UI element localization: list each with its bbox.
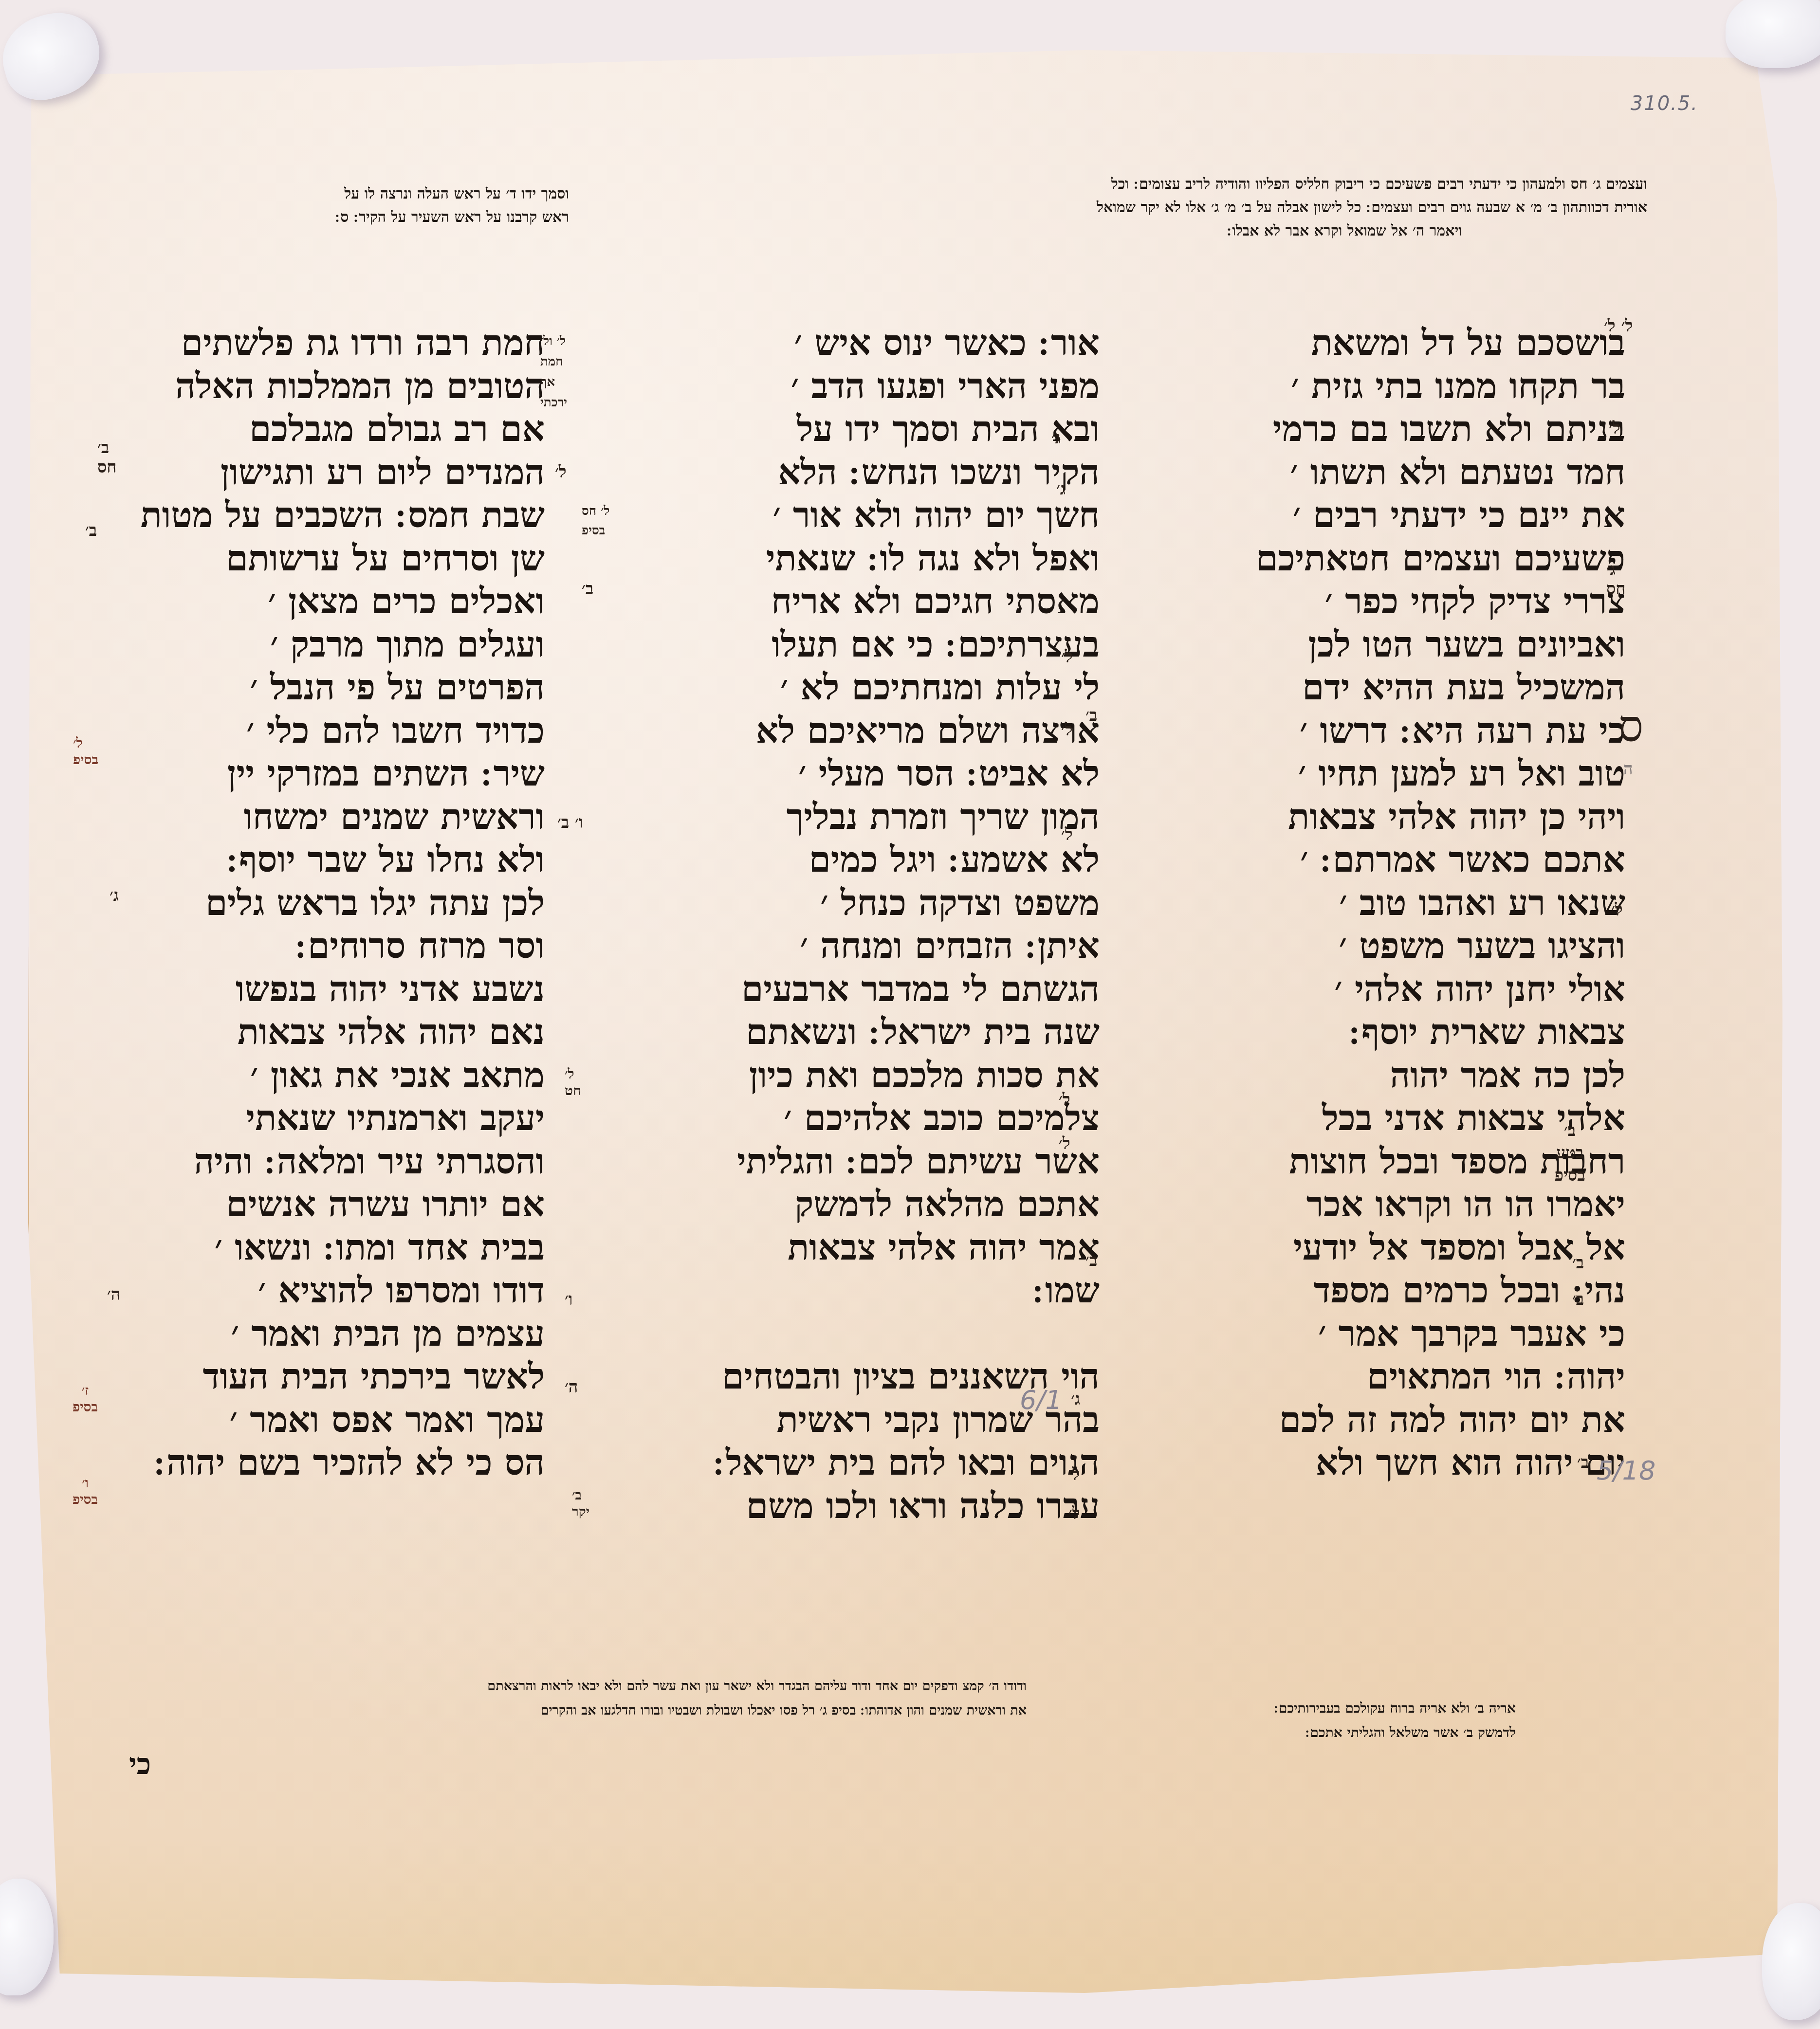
margin-note: ל׳ חט [565,1066,589,1099]
text-line: לאשר בירכתי הבית העוד [107,1355,545,1398]
text-line: יהוה ׃ הוי המתאוים [1119,1355,1625,1398]
masorah-line: ראש קרבנו על ראש השעיר על הקיר ׃ ס ׃ [335,206,569,229]
text-line: שיר ׃ השתים במזרקי יין [107,752,545,795]
text-line: וסר מרזח סרוחים ׃ [107,924,545,968]
text-line: אשר עשיתם לכם ׃ והגליתי [642,1140,1100,1183]
text-line: ויהי כן יהוה אלהי צבאות [1119,795,1625,839]
text-line: ובא הבית וסמך ידו על [642,407,1100,451]
margin-note: ל׳ ול׳ חמת אף ירכתי [540,331,570,413]
margin-note: ל׳ [1061,720,1073,740]
text-line: אתכם מהלאה לדמשק [642,1183,1100,1226]
margin-note: ל׳ [1059,1134,1070,1153]
margin-note: ב׳ יקר [572,1487,596,1520]
text-line: שבת חמס ׃ השכבים על מטות [107,494,545,537]
text-line: לכן כה אמר יהוה [1119,1054,1625,1097]
margin-note: ל׳ בסיפ [73,735,107,768]
masorah-line: לדמשק ב׳ אשר משלאל והגליתי אתכם ׃ [1274,1720,1516,1745]
text-line: אל אבל ומספד אל יודעי [1119,1226,1625,1269]
text-line: שמו ׃ [642,1269,1100,1312]
text-line: הקיר ונשכו הנחש ׃ הלא [642,451,1100,494]
masorah-line: ויאמר ה׳ אל שמואל וקרא אבר לא אבלו ׃ [1097,219,1462,243]
masorah-line: וסמך ידו ד׳ על ראש העלה ונרצה לו על [335,183,569,206]
margin-note: ג׳ [1051,428,1061,448]
text-line: וראשית שמנים ימשחו [107,795,545,839]
margin-note: ה [1623,759,1633,779]
text-line: צררי צדיק לקחי כפר ׳ [1119,580,1625,623]
text-line: והסגרתי עיר ומלאה ׃ והיה [107,1140,545,1183]
text-line: יעקב וארמנתיו שנאתי [107,1097,545,1140]
margin-note: ה׳ [107,1285,120,1304]
margin-note: ל׳ [1061,647,1073,667]
text-line: אמר יהוה אלהי צבאות [642,1226,1100,1269]
text-line: אם יותרו עשרה אנשים [107,1183,545,1226]
text-line: את סכות מלככם ואת כיון [642,1054,1100,1097]
margin-note: ב׳ [1085,1251,1097,1270]
text-line: המון שריך וזמרת נבליך [642,795,1100,839]
pencil-verse-note: 6/1 [1020,1385,1062,1415]
text-line: יאמרו הו הו וקראו אכר [1119,1183,1625,1226]
text-line: בושסכם על דל ומשאת [1119,321,1625,365]
text-line: משפט וצדקה כנחל ׳ [642,881,1100,925]
text-line: לא אשמע ׃ ויגל כמים [642,838,1100,881]
catchword: כי [129,1747,151,1781]
pencil-verse-note: 5/18 [1597,1455,1655,1486]
text-line: נאם יהוה אלהי צבאות [107,1010,545,1054]
masorah-line: ודודו ה׳ קמצ ודפקים יום אחד ודוד עליהם ה… [487,1674,1027,1699]
text-line: שנאו רע ואהבו טוב ׳ [1119,881,1625,925]
text-line: את יינם כי ידעתי רבים ׳ [1119,494,1625,537]
text-line: רחבות מספד ובכל חוצות [1119,1140,1625,1183]
text-line: ואפל ולא נגה לו ׃ שנאתי [642,537,1100,580]
text-line: אתכם כאשר אמרתם ׃ ׳ [1119,838,1625,881]
text-line: כי עת רעה היא ׃ דרשו ׳ [1119,709,1625,752]
masorah-top-left: וסמך ידו ד׳ על ראש העלה ונרצה לו על ראש … [335,183,569,229]
text-line: מאסתי חגיכם ולא אריח [642,580,1100,623]
margin-note: ב׳ חס [97,438,117,477]
margin-note: ל׳ ל׳ [1604,316,1633,336]
text-line: עצמים מן הבית ואמר ׳ [107,1312,545,1355]
margin-note: ג׳ חס [1606,560,1626,599]
text-line: חמד נטעתם ולא תשתו ׳ [1119,451,1625,494]
text-line: טוב ואל רע למען תחיו ׳ [1119,752,1625,795]
text-line: דודו ומסרפו להוציא ׳ [107,1269,545,1312]
margin-note: ב׳ [1572,1253,1584,1273]
text-line: ואביונים בשער הטו לכן [1119,623,1625,666]
margin-note: ו׳ ב׳ [557,813,583,832]
masorah-line: ועצמים ג׳ חס ולמעהון כי ידעתי רבים פשעיכ… [1097,173,1647,196]
margin-note: ל׳ [1068,1504,1080,1523]
masorah-top-right: ועצמים ג׳ חס ולמעהון כי ידעתי רבים פשעיכ… [1097,173,1647,243]
text-column-middle: אור ׃ כאשר ינוס איש ׳ מפני הארי ופגעו הד… [642,321,1100,1527]
text-line: מפני הארי ופגעו הדב ׳ [642,365,1100,408]
margin-note: ל׳ חס בסיפ [582,501,611,540]
text-line: הס כי לא להזכיר בשם יהוה ׃ [107,1441,545,1484]
text-line: מתאב אנכי את גאון ׳ [107,1054,545,1097]
text-line: נהי ׃ ובכל כרמים מספד [1119,1269,1625,1312]
text-line: בר תקחו ממנו בתי גזית ׳ [1119,365,1625,408]
text-line: שנה בית ישראל ׃ ונשאתם [642,1010,1100,1054]
mount-tab-top-right [1726,0,1820,68]
margin-note: ל׳ [1611,900,1623,920]
margin-note: ל׳ [555,462,567,482]
masorah-bottom-left: ודודו ה׳ קמצ ודפקים יום אחד ודוד עליהם ה… [487,1674,1027,1723]
text-line: בעצרתיכם ׃ כי אם תעלו [642,623,1100,666]
margin-note: ג׳ [110,886,119,905]
text-line: הגשתם לי במדבר ארבעים [642,968,1100,1011]
text-line: שן וסרחים על ערשותם [107,537,545,580]
mount-tab-bottom-left [0,1879,54,1995]
margin-note: ב׳ [1572,1290,1584,1309]
text-line: כדויד חשבו להם כלי ׳ [107,709,545,752]
text-line: בבית אחד ומתו ׃ ונשאו ׳ [107,1226,545,1269]
margin-note: ל׳ [1609,419,1620,438]
seder-mark: ס [1618,701,1643,752]
text-line: יום יהוה הוא חשך ולא [1119,1441,1625,1484]
text-line: אולי יחנן יהוה אלהי ׳ [1119,968,1625,1011]
text-line: חמת רבה ורדו גת פלשתים [107,321,545,365]
text-line: המשכיל בעת ההיא ידם [1119,666,1625,709]
text-line: איתן ׃ הזבחים ומנחה ׳ [642,924,1100,968]
margin-note: ב׳ [85,521,97,540]
text-line: אם רב גבולם מגבלכם [107,407,545,451]
text-line [642,1312,1100,1355]
text-column-right: בושסכם על דל ומשאת בר תקחו ממנו בתי גזית… [1119,321,1625,1484]
text-line: עברו כלנה וראו ולכו משם [642,1484,1100,1528]
text-line: ועגלים מתוך מרבק ׳ [107,623,545,666]
text-line: לא אביט ׃ הסר מעלי ׳ [642,752,1100,795]
text-line: צבאות שארית יוסף ׃ [1119,1010,1625,1054]
text-line: צלמיכם כוכב אלהיכם ׳ [642,1097,1100,1140]
margin-note: ב׳ בטע בסיפ [1550,1119,1589,1187]
text-line: הגוים ובאו להם בית ישראל ׃ [642,1441,1100,1484]
masorah-line: את וראשית שמנים והון אדוהתו ׃ בסיפ ג׳ רל… [487,1699,1027,1723]
masorah-line: אורית דכוותהון ב׳ מ׳ א שבעה גוים רבים וע… [1097,196,1647,219]
margin-note: ו׳ בסיפ [68,1475,102,1508]
text-line: אור ׃ כאשר ינוס איש ׳ [642,321,1100,365]
text-line: לי עלות ומנחתיכם לא ׳ [642,666,1100,709]
text-line: ואכלים כרים מצאן ׳ [107,580,545,623]
masorah-bottom-right: אריה ב׳ ולא אריה ברוח עקולכם בעבירותיכם … [1274,1696,1516,1745]
folio-number: 310.5. [1631,92,1698,115]
margin-note: ז׳ בסיפ [68,1382,102,1415]
text-line: לכן עתה יגלו בראש גלים [107,881,545,925]
text-line: פשעיכם ועצמים חטאתיכם [1119,537,1625,580]
margin-note: ב׳ [1085,706,1097,725]
margin-note: ג׳ [1071,1389,1080,1409]
margin-note: ל׳ [1061,825,1073,844]
text-line: חשך יום יהוה ולא אור ׳ [642,494,1100,537]
text-line: עמך ואמר אפס ואמר ׳ [107,1398,545,1442]
text-line: הפרטים על פי הנבל ׳ [107,666,545,709]
masorah-line: אריה ב׳ ולא אריה ברוח עקולכם בעבירותיכם … [1274,1696,1516,1720]
margin-note: ב׳ [1577,1453,1589,1472]
margin-note: ג׳ [1056,479,1066,499]
text-line: ארצה ושלם מריאיכם לא [642,709,1100,752]
text-line: הטובים מן הממלכות האלה [107,365,545,408]
text-line: את יום יהוה למה זה לכם [1119,1398,1625,1442]
text-line: כי אעבר בקרבך אמר ׳ [1119,1312,1625,1355]
margin-note: ב׳ [582,579,593,599]
text-line: ולא נחלו על שבר יוסף ׃ [107,838,545,881]
text-line: אלהי צבאות אדני בכל [1119,1097,1625,1140]
margin-note: ל׳ [1068,1465,1080,1484]
text-line: והציגו בשער משפט ׳ [1119,924,1625,968]
margin-note: ו׳ [565,1290,573,1309]
text-line: נשבע אדני יהוה בנפשו [107,968,545,1011]
margin-note: ה׳ [565,1377,578,1397]
text-column-left: חמת רבה ורדו גת פלשתים הטובים מן הממלכות… [107,321,545,1484]
text-line: בניתם ולא תשבו בם כרמי [1119,407,1625,451]
margin-note: ל׳ [1059,1090,1070,1110]
text-line: המנדים ליום רע ותגישון [107,451,545,494]
